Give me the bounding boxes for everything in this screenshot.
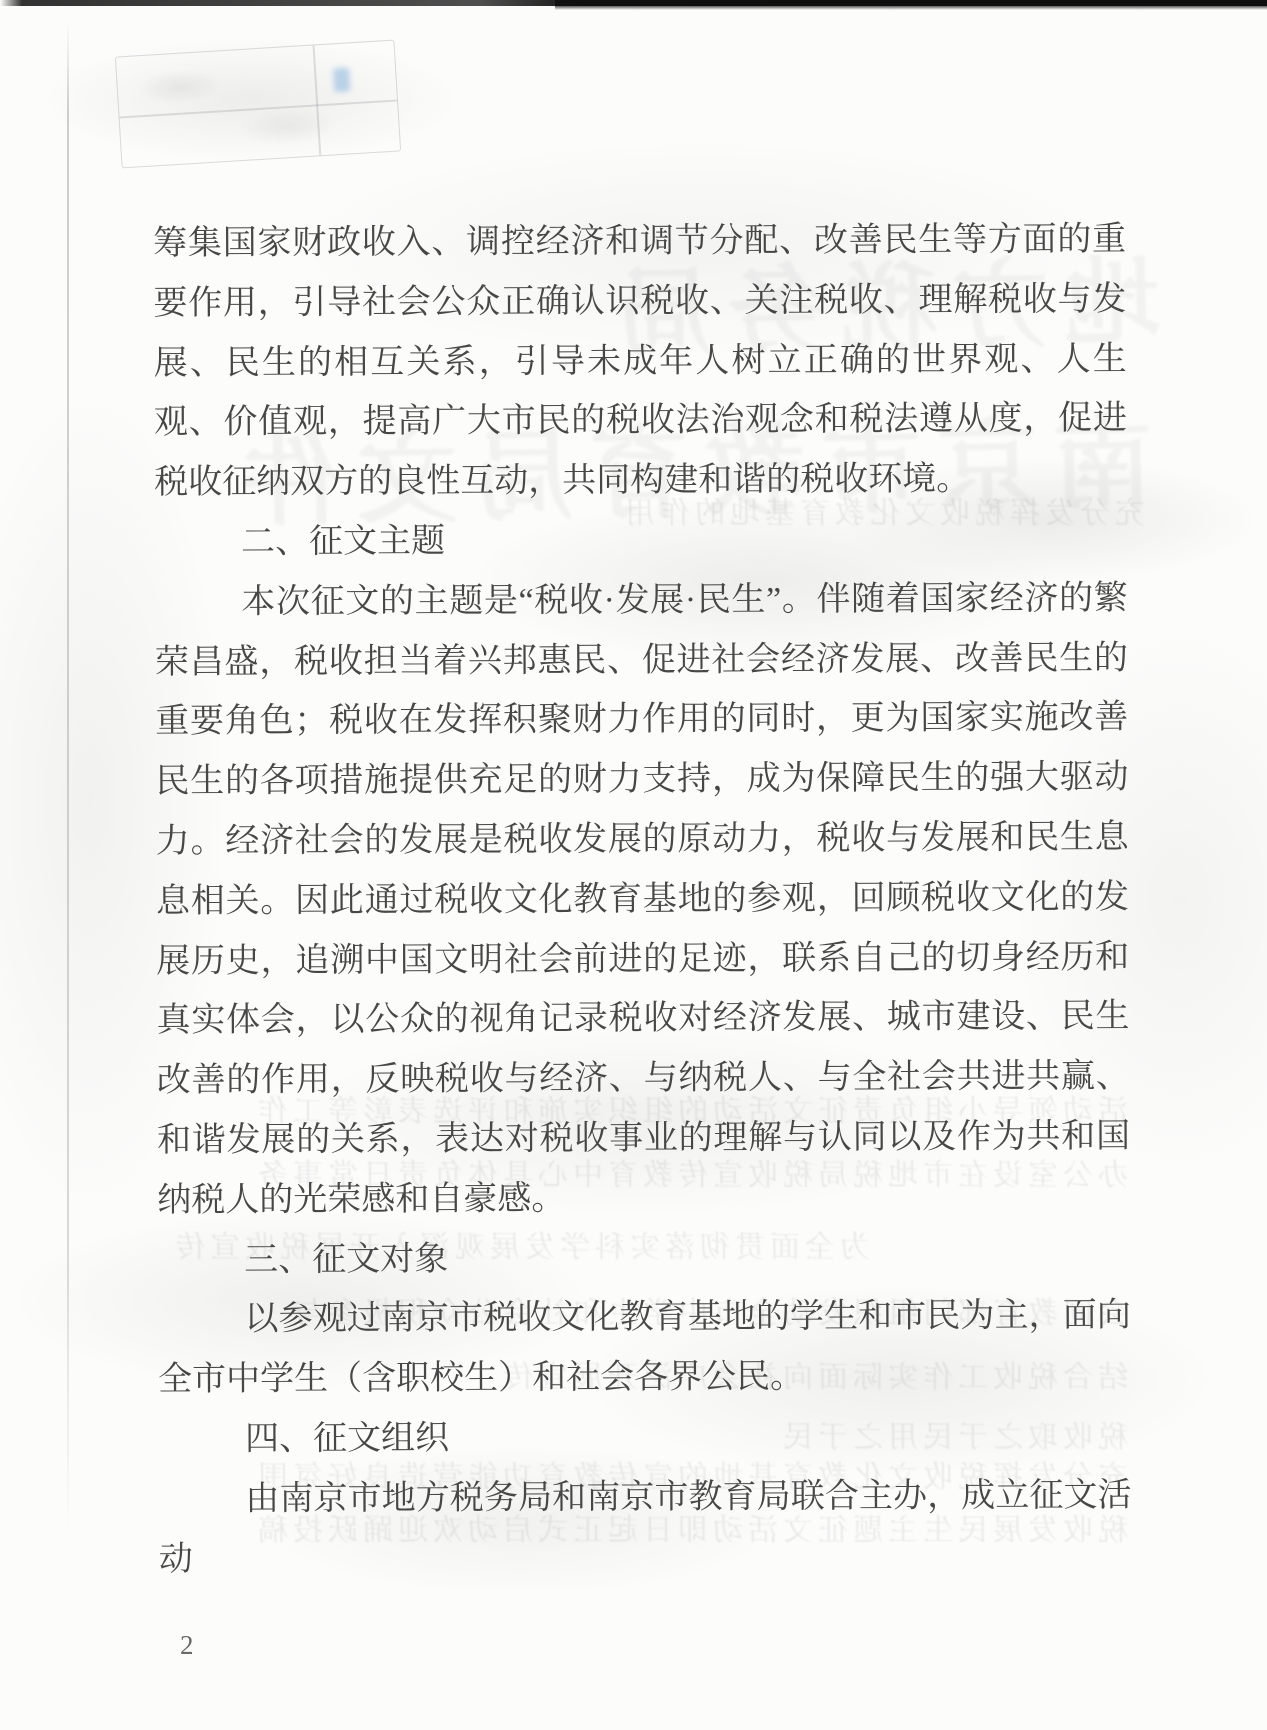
paragraph-organization: 由南京市地方税务局和南京市教育局联合主办，成立征文活动 [158, 1466, 1132, 1590]
scan-crease-left [67, 22, 69, 1532]
scan-edge-top-right [555, 0, 1267, 10]
scanned-document-page: 地方税务局 南京市教育局文件 充分发挥税收文化教育基地的作用 活动领导小组负责征… [0, 0, 1267, 1730]
document-body: 筹集国家财政收入、调控经济和调节分配、改善民生等方面的重要作用，引导社会公众正确… [153, 210, 1132, 1590]
stamp-vertical-rule [313, 45, 321, 155]
page-number: 2 [180, 1630, 195, 1661]
stamp-horizontal-rule [120, 100, 398, 118]
stamp-ink-smudge [333, 67, 350, 92]
paragraph-audience: 以参观过南京市税收文化教育基地的学生和市民为主，面向全市中学生（含职校生）和社会… [158, 1286, 1132, 1410]
paragraph-theme: 本次征文的主题是“税收·发展·民生”。伴随着国家经济的繁荣昌盛，税收担当着兴邦惠… [155, 569, 1131, 1231]
section-heading-audience: 三、征文对象 [157, 1226, 1130, 1290]
section-heading-organization: 四、征文组织 [158, 1406, 1131, 1470]
routing-stamp-grid [115, 40, 401, 169]
paragraph-intro-continued: 筹集国家财政收入、调控经济和调节分配、改善民生等方面的重要作用，引导社会公众正确… [153, 210, 1127, 513]
section-heading-theme: 二、征文主题 [154, 509, 1127, 573]
